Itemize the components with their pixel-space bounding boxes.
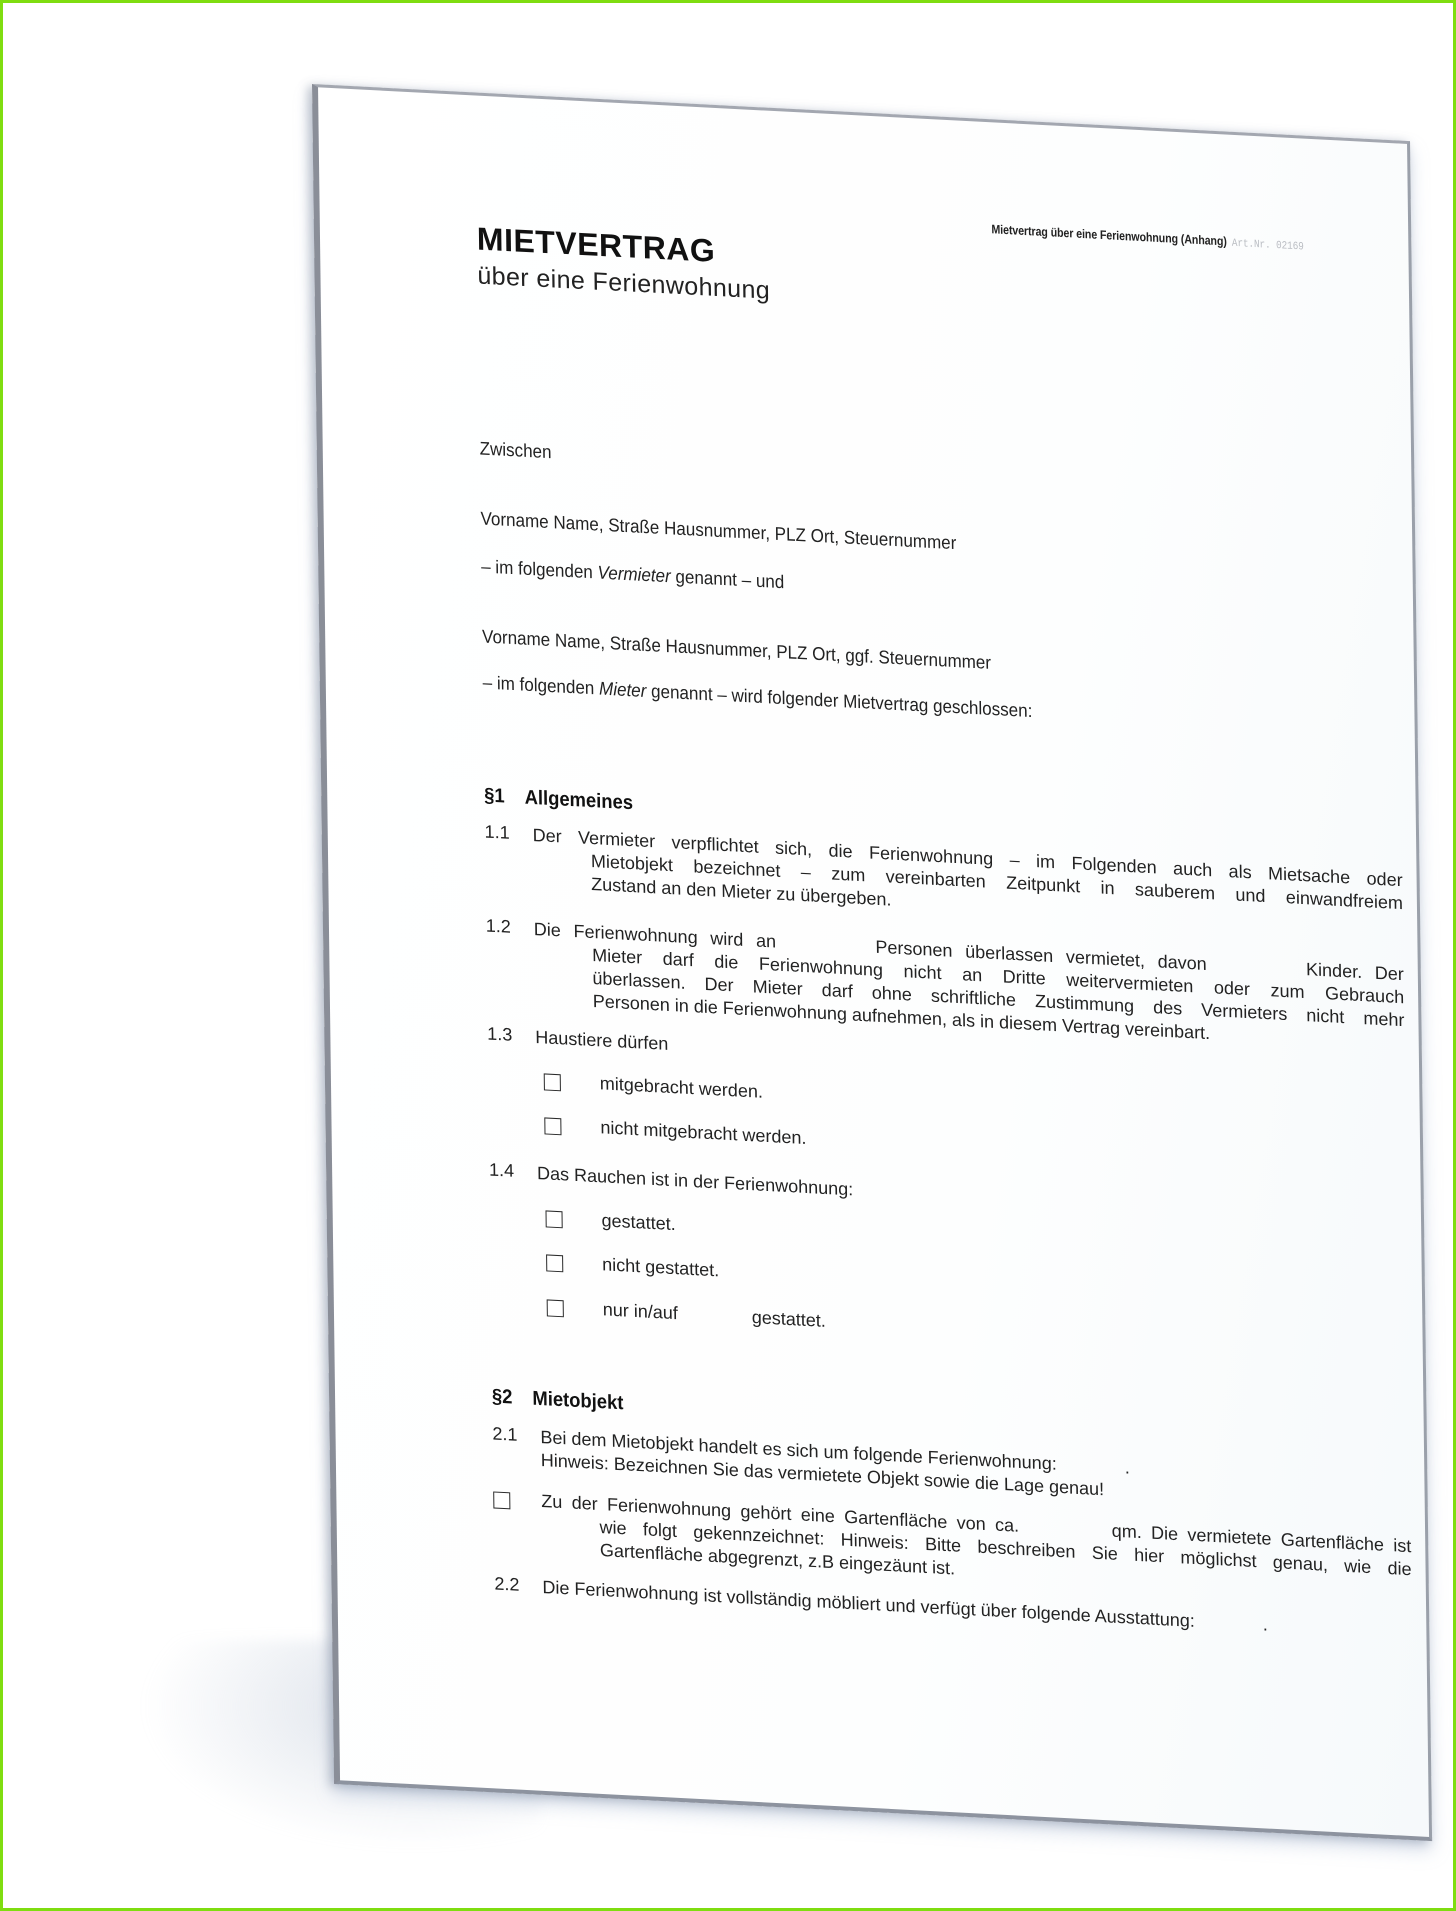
garden-area-blank[interactable] <box>1028 1532 1102 1536</box>
checkbox[interactable] <box>544 1073 561 1091</box>
smoking-location-blank[interactable] <box>678 1319 752 1323</box>
document-subtitle: über eine Ferienwohnung <box>477 261 770 305</box>
option-label: mitgebracht werden. <box>600 1073 763 1102</box>
landlord-role-prefix: – im folgenden <box>481 555 598 582</box>
checkbox[interactable] <box>547 1299 564 1317</box>
tenant-role-prefix: – im folgenden <box>483 671 600 698</box>
clause-number: 1.1 <box>484 821 528 844</box>
clause-number: 1.2 <box>486 915 530 938</box>
checkbox[interactable] <box>544 1117 561 1135</box>
parties-intro: Zwischen <box>479 437 551 463</box>
section-heading-2: §2Mietobjekt <box>492 1385 624 1415</box>
object-description-blank[interactable] <box>1057 1470 1125 1474</box>
furnishing-blank[interactable] <box>1195 1627 1263 1631</box>
trailing-period: . <box>1125 1457 1130 1477</box>
clause-number: 2.2 <box>494 1573 538 1596</box>
option-label-prefix: nur in/auf <box>603 1299 678 1323</box>
tenant-role-suffix: genannt – wird folgender Mietvertrag ges… <box>646 680 1032 721</box>
tenant-role-name: Mieter <box>599 678 647 701</box>
option-label: nicht mitgebracht werden. <box>600 1117 806 1149</box>
section-title: Mietobjekt <box>532 1388 623 1415</box>
trailing-period: . <box>1263 1614 1268 1634</box>
checkbox[interactable] <box>493 1491 510 1509</box>
article-number: Art.Nr. 02169 <box>1232 238 1304 254</box>
header-note-text: Mietvertrag über eine Ferienwohnung (Anh… <box>991 222 1227 248</box>
clause-number: 1.4 <box>489 1159 533 1182</box>
tenant-role: – im folgenden Mieter genannt – wird fol… <box>483 671 1033 722</box>
landlord-role-name: Vermieter <box>597 562 670 587</box>
option-label-suffix: gestattet. <box>752 1307 826 1331</box>
clause-number: 1.3 <box>487 1023 531 1046</box>
section-heading-1: §1Allgemeines <box>484 784 633 815</box>
tenant-details: Vorname Name, Straße Hausnummer, PLZ Ort… <box>482 625 991 673</box>
landlord-role: – im folgenden Vermieter genannt – und <box>481 555 784 593</box>
clause-text: Der Vermieter verpflichtet sich, die Fer… <box>532 824 1403 938</box>
document-preview: Mietvertrag über eine Ferienwohnung (Anh… <box>0 0 1456 1911</box>
checkbox[interactable] <box>545 1210 562 1228</box>
section-title: Allgemeines <box>524 787 633 815</box>
option-label: nicht gestattet. <box>602 1254 719 1281</box>
children-suffix: Kinder. Der <box>1306 959 1404 984</box>
checkbox[interactable] <box>546 1254 563 1272</box>
header-note: Mietvertrag über eine Ferienwohnung (Anh… <box>991 222 1303 253</box>
landlord-role-suffix: genannt – und <box>671 565 785 592</box>
section-number: §1 <box>484 784 525 809</box>
contract-page: Mietvertrag über eine Ferienwohnung (Anh… <box>312 84 1432 1841</box>
landlord-details: Vorname Name, Straße Hausnummer, PLZ Ort… <box>480 507 956 554</box>
persons-count-blank[interactable] <box>789 948 863 952</box>
option-label: gestattet. <box>601 1210 675 1235</box>
section-number: §2 <box>492 1385 533 1410</box>
children-count-blank[interactable] <box>1219 971 1293 975</box>
option-label: nur in/aufgestattet. <box>603 1299 826 1332</box>
clause-number: 2.1 <box>492 1423 536 1446</box>
